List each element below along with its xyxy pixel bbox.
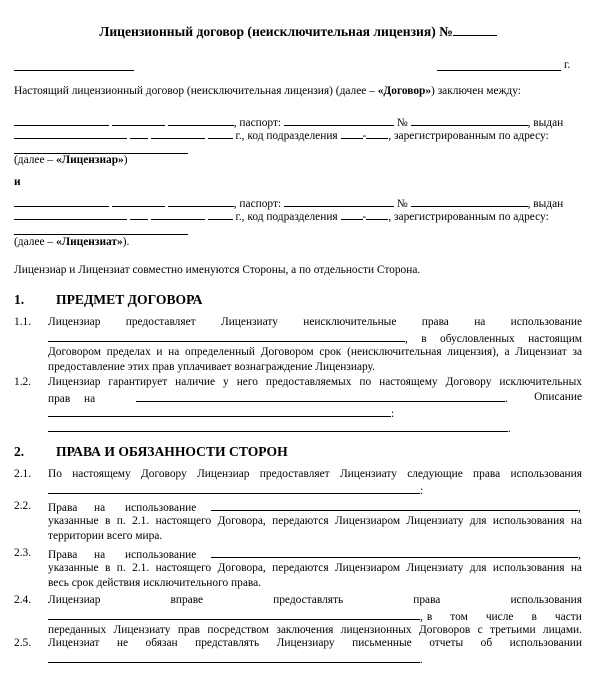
contract-number-blank[interactable] (453, 24, 497, 36)
surname-blank[interactable] (14, 195, 109, 207)
code-part1-blank[interactable] (341, 208, 363, 220)
clause-number: 1.2. (14, 375, 31, 390)
section-number: 1. (14, 292, 24, 307)
clause-line: предоставление этих прав уплачивает возн… (48, 360, 582, 375)
division-code-label: г., код подразделения (235, 211, 337, 223)
clause-line: Лицензиат не обязан представлять Лицензи… (48, 636, 582, 651)
clause-line: По настоящему Договору Лицензиар предост… (48, 467, 582, 482)
party1-line2: г., код подразделения -, зарегистрирован… (14, 127, 582, 144)
issued-by-blank[interactable] (14, 208, 127, 220)
licensee-term: «Лицензиат» (56, 236, 123, 248)
clause-2-3: Праванаиспользование, указанные в п. 2.1… (48, 546, 582, 591)
clause-number: 2.1. (14, 467, 31, 482)
clause-2-5: Лицензиат не обязан представлять Лицензи… (48, 636, 582, 666)
intro-paragraph: Настоящий лицензионный договор (неисключ… (14, 84, 582, 99)
month-blank[interactable] (151, 208, 205, 220)
clause-line: , в том числе в части (48, 608, 582, 623)
clause-line: . (48, 420, 582, 435)
clause-line: : (48, 405, 582, 420)
section-title: ПРАВА И ОБЯЗАННОСТИ СТОРОН (56, 444, 288, 459)
month-blank[interactable] (151, 127, 205, 139)
intro-text: Настоящий лицензионный договор (неисключ… (14, 85, 378, 97)
licensee-definition: (далее – «Лицензиат»). (14, 235, 582, 250)
object-blank[interactable] (48, 330, 405, 342)
passport-number-blank[interactable] (411, 114, 528, 126)
rights-object-blank[interactable] (136, 390, 505, 402)
rights-blank[interactable] (211, 546, 578, 558)
clause-line: указанные в п. 2.1. настоящего Договора,… (48, 514, 582, 529)
passport-series-blank[interactable] (284, 195, 394, 207)
clause-line: , в обусловленных настоящим (48, 330, 582, 345)
title-text: Лицензионный договор (неисключительная л… (99, 24, 453, 39)
name-blank[interactable] (112, 195, 165, 207)
surname-blank[interactable] (14, 114, 109, 126)
usage-object-blank[interactable] (48, 651, 420, 663)
usage-rights-blank[interactable] (48, 608, 420, 620)
code-part2-blank[interactable] (366, 127, 388, 139)
usage-rights-blank[interactable] (48, 482, 420, 494)
clause-line: Праванаиспользование, (48, 499, 582, 514)
clause-number: 2.5. (14, 636, 31, 651)
clause-number: 2.2. (14, 499, 31, 514)
address-label: , зарегистрированным по адресу: (388, 211, 548, 223)
clause-line: правна. Описание (48, 390, 582, 405)
address-blank[interactable] (14, 224, 188, 235)
city-blank[interactable] (14, 58, 134, 71)
clause-line: . (48, 651, 582, 666)
clause-line: Праванаиспользование, (48, 546, 582, 561)
division-code-label: г., код подразделения (235, 130, 337, 142)
contract-term: «Договор» (378, 85, 431, 97)
clause-line: территории всего мира. (48, 529, 582, 544)
year-suffix: г. (564, 58, 570, 73)
clause-line: Договором пределах и на определенный Дог… (48, 345, 582, 360)
patronymic-blank[interactable] (168, 114, 234, 126)
clause-line: Лицензиар вправе предоставлять права исп… (48, 593, 582, 608)
description-continued-blank[interactable] (48, 420, 508, 432)
passport-series-blank[interactable] (284, 114, 394, 126)
day-blank[interactable] (130, 127, 148, 139)
definition-end: ). (123, 236, 130, 248)
and-word: и (14, 175, 582, 190)
clause-1-2: Лицензиар гарантирует наличие у него пре… (48, 375, 582, 435)
licensor-term: «Лицензиар» (56, 154, 124, 166)
clause-2-4: Лицензиар вправе предоставлять права исп… (48, 593, 582, 638)
clause-line: весь срок действия исключительного права… (48, 576, 582, 591)
year-blank[interactable] (208, 208, 233, 220)
clause-number: 1.1. (14, 315, 31, 330)
rights-blank[interactable] (211, 499, 578, 511)
licensor-definition: (далее – «Лицензиар») (14, 153, 582, 168)
clause-number: 2.3. (14, 546, 31, 561)
definition-text: (далее – (14, 236, 56, 248)
passport-number-blank[interactable] (411, 195, 528, 207)
document-title: Лицензионный договор (неисключительная л… (0, 24, 596, 39)
definition-text: (далее – (14, 154, 56, 166)
clause-2-1: По настоящему Договору Лицензиар предост… (48, 467, 582, 497)
clause-1-1: Лицензиар предоставляет Лицензиату неиск… (48, 315, 582, 375)
section-number: 2. (14, 444, 24, 459)
party2-line2: г., код подразделения -, зарегистрирован… (14, 208, 582, 225)
definition-end: ) (124, 154, 128, 166)
section-title: ПРЕДМЕТ ДОГОВОРА (56, 292, 203, 307)
clause-2-2: Праванаиспользование, указанные в п. 2.1… (48, 499, 582, 544)
clause-line: Лицензиар гарантирует наличие у него пре… (48, 375, 582, 390)
day-blank[interactable] (130, 208, 148, 220)
code-part1-blank[interactable] (341, 127, 363, 139)
name-blank[interactable] (112, 114, 165, 126)
clause-line: указанные в п. 2.1. настоящего Договора,… (48, 561, 582, 576)
code-part2-blank[interactable] (366, 208, 388, 220)
address-label: , зарегистрированным по адресу: (388, 130, 548, 142)
year-blank[interactable] (208, 127, 233, 139)
date-blank[interactable] (437, 58, 561, 71)
issued-by-blank[interactable] (14, 127, 127, 139)
clause-line: Лицензиар предоставляет Лицензиату неиск… (48, 315, 582, 330)
intro-text-end: ) заключен между: (431, 85, 521, 97)
parties-note: Лицензиар и Лицензиат совместно именуютс… (14, 263, 582, 278)
clause-line: : (48, 482, 582, 497)
clause-number: 2.4. (14, 593, 31, 608)
patronymic-blank[interactable] (168, 195, 234, 207)
